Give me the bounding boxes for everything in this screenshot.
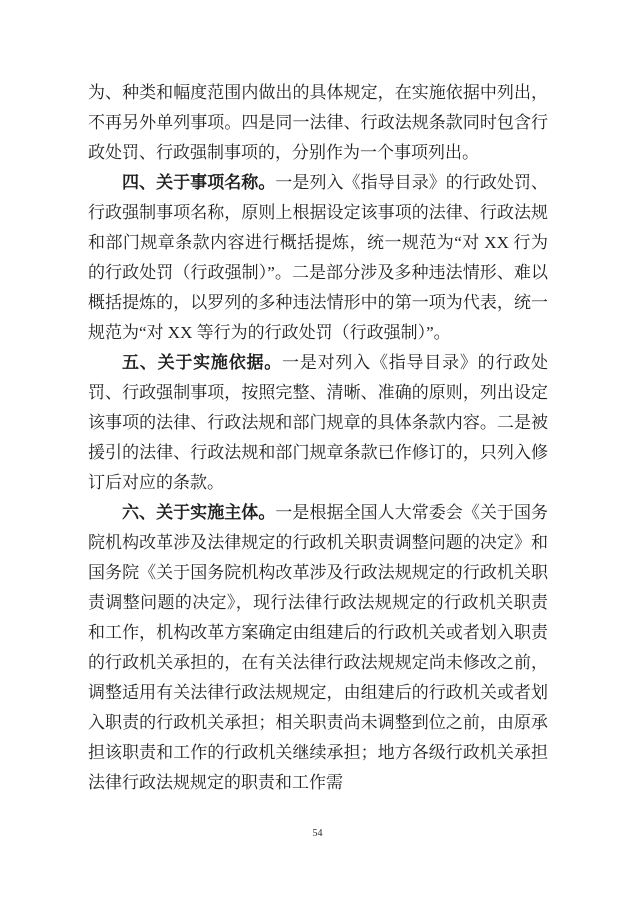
paragraph: 六、关于实施主体。一是根据全国人大常委会《关于国务院机构改革涉及法律规定的行政机… [88, 498, 548, 798]
document-body: 为、种类和幅度范围内做出的具体规定，在实施依据中列出，不再另外单列事项。四是同一… [88, 78, 548, 798]
paragraph-text-run: 为、种类和幅度范围内做出的具体规定，在实施依据中列出，不再另外单列事项。四是同一… [88, 83, 548, 162]
paragraph-text-run: 一是列入《指导目录》的行政处罚、行政强制事项名称，原则上根据设定该事项的法律、行… [88, 173, 548, 342]
section-heading-run: 四、关于事项名称。 [122, 173, 275, 192]
page-number: 54 [0, 828, 635, 839]
paragraph-text-run: 一是对列入《指导目录》的行政处罚、行政强制事项，按照完整、清晰、准确的原则，列出… [88, 353, 548, 492]
section-heading-run: 五、关于实施依据。 [122, 353, 282, 372]
paragraph: 五、关于实施依据。一是对列入《指导目录》的行政处罚、行政强制事项，按照完整、清晰… [88, 348, 548, 498]
section-heading-run: 六、关于实施主体。 [122, 503, 275, 522]
paragraph: 为、种类和幅度范围内做出的具体规定，在实施依据中列出，不再另外单列事项。四是同一… [88, 78, 548, 168]
paragraph: 四、关于事项名称。一是列入《指导目录》的行政处罚、行政强制事项名称，原则上根据设… [88, 168, 548, 348]
document-page: 为、种类和幅度范围内做出的具体规定，在实施依据中列出，不再另外单列事项。四是同一… [0, 0, 635, 898]
paragraph-text-run: 一是根据全国人大常委会《关于国务院机构改革涉及法律规定的行政机关职责调整问题的决… [88, 503, 548, 792]
